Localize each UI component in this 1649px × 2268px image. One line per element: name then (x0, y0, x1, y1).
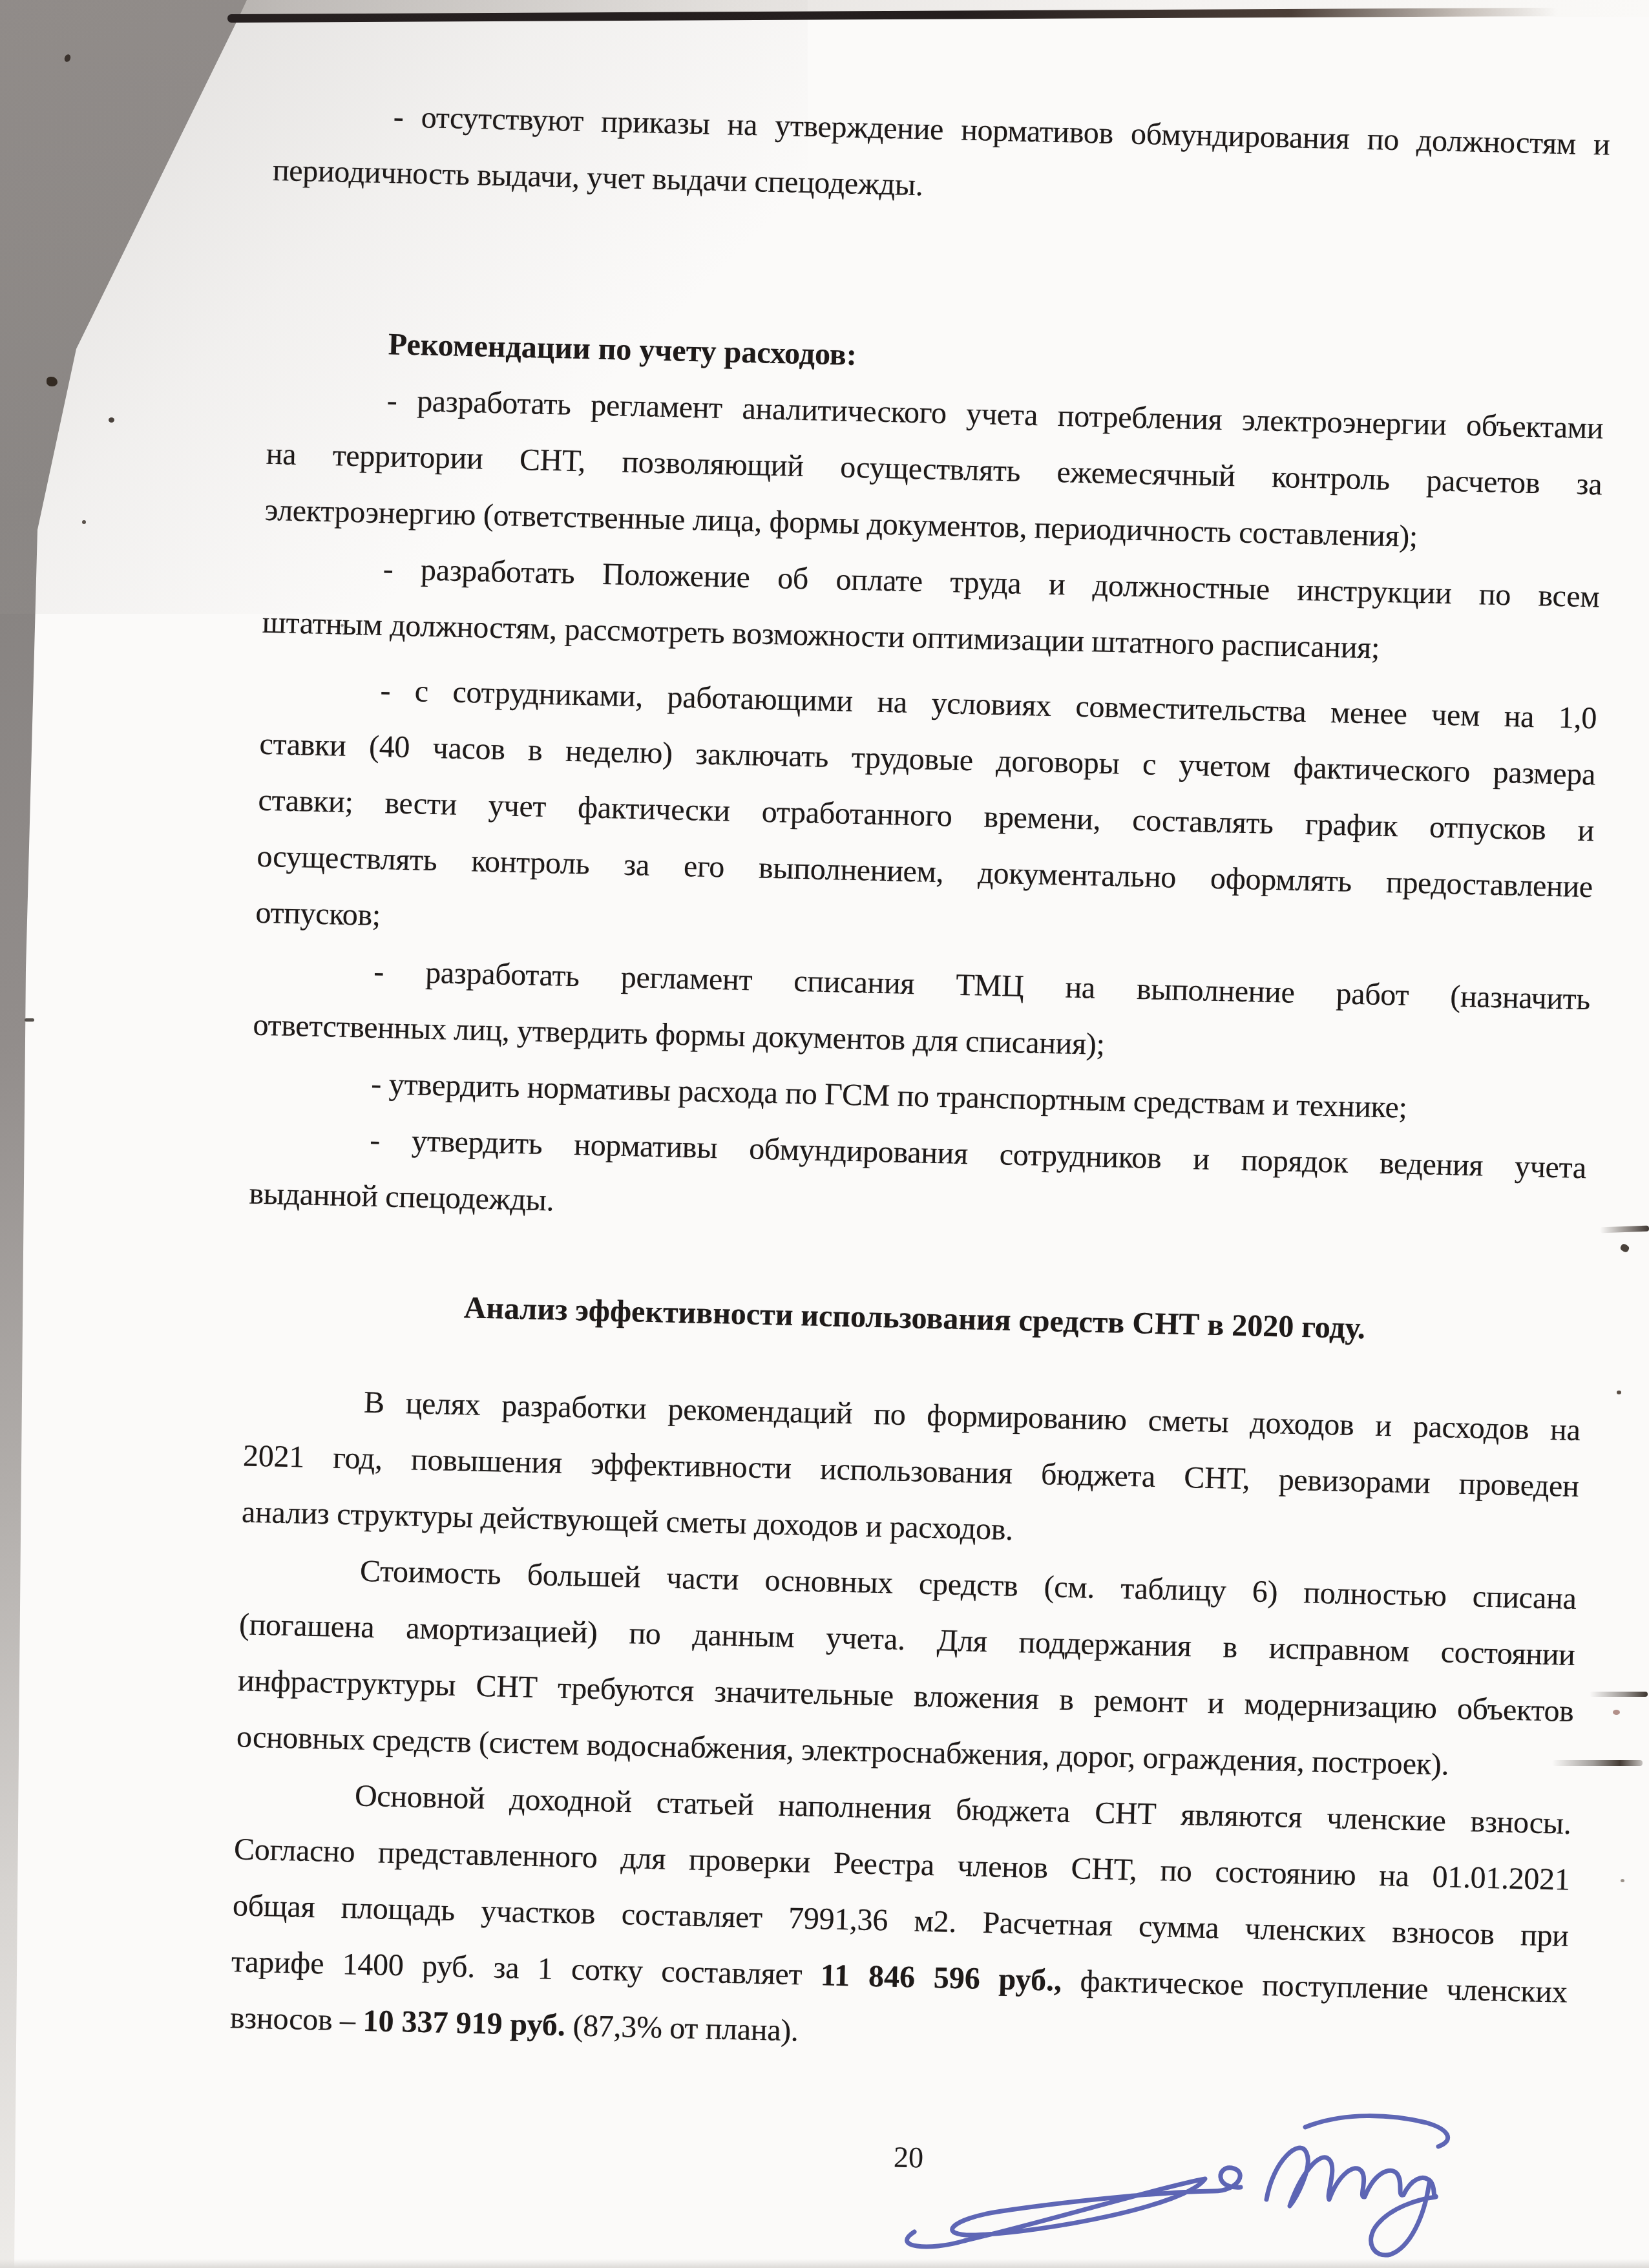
text-segment: взносов – (229, 2000, 363, 2038)
heading-analysis-2020-line-1: Анализ эффективности использования средс… (246, 1275, 1583, 1362)
text-segment: фактическое поступление членских (1061, 1964, 1568, 2010)
document-body: - отсутствуют приказы на утверждение нор… (229, 86, 1610, 2077)
edge-mark (1617, 1391, 1621, 1394)
text-segment: выданной спецодежды. (249, 1177, 554, 1218)
text-segment: (87,3% от плана). (565, 2008, 799, 2048)
text-segment: ответственных лиц, утвердить формы докум… (253, 1008, 1105, 1062)
bold-text-segment: Анализ эффективности использования средс… (463, 1290, 1365, 1345)
para-spetsodezhda: - отсутствуют приказы на утверждение нор… (272, 86, 1610, 229)
scanner-corner-wedge (0, 0, 258, 2268)
scanned-document-page: { "page": { "number": "20" }, "colors": … (0, 0, 1649, 2268)
text-segment: анализ структуры действующей сметы доход… (242, 1495, 1014, 1546)
signature (853, 2101, 1506, 2263)
bold-text-segment: 11 846 596 руб., (820, 1958, 1062, 1998)
text-segment: периодичность выдачи, учет выдачи спецод… (272, 153, 923, 202)
edge-mark (1600, 1226, 1649, 1234)
scan-speck (47, 377, 58, 386)
text-segment: тарифе 1400 руб. за 1 сотку составляет (231, 1944, 821, 1992)
scan-speck (109, 417, 114, 423)
para-fixed-assets: Стоимость большей части основных средств… (236, 1540, 1577, 1796)
para-membership-fees: Основной доходной статьей наполнения бюд… (229, 1765, 1571, 2077)
scan-speck (82, 520, 86, 524)
text-segment: отпусков; (255, 896, 381, 932)
edge-mark (1590, 1692, 1648, 1697)
edge-mark (1613, 1710, 1620, 1715)
scan-speck (25, 1018, 34, 1022)
para-parttime-staff: - с сотрудниками, работающими на условия… (255, 660, 1597, 972)
para-electricity: - разработать регламент аналитического у… (264, 370, 1604, 569)
edge-mark (1619, 1243, 1630, 1253)
para-analysis-goals: В целях разработки рекомендаций по форми… (241, 1371, 1581, 1571)
edge-mark (1621, 1879, 1624, 1882)
bold-text-segment: Рекомендации по учету расходов: (388, 327, 857, 372)
heading-analysis-2020: Анализ эффективности использования средс… (246, 1275, 1583, 1362)
bold-text-segment: 10 337 919 руб. (362, 2004, 566, 2042)
